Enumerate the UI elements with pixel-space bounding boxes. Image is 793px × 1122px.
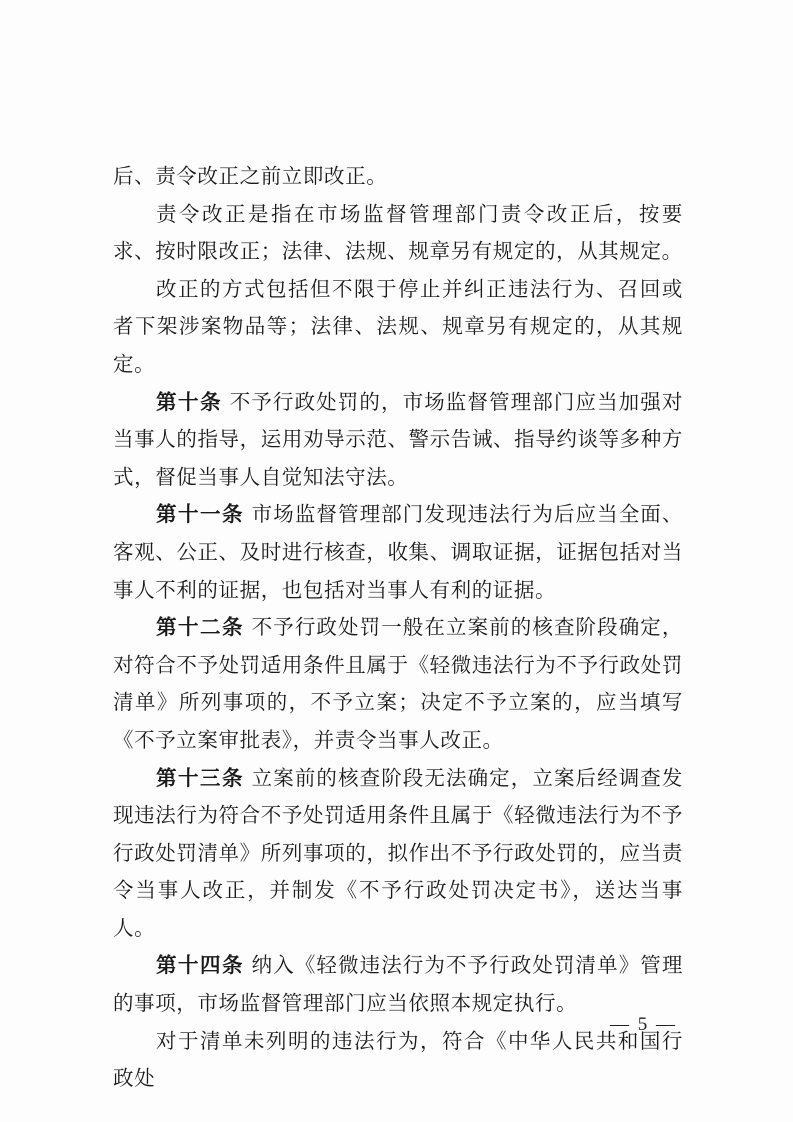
- article-10: 第十条 不予行政处罚的，市场监督管理部门应当加强对当事人的指导，运用劝导示范、警…: [113, 384, 683, 497]
- paragraph-text: 后、责令改正之前立即改正。: [113, 164, 387, 188]
- article-14: 第十四条 纳入《轻微违法行为不予行政处罚清单》管理的事项，市场监督管理部门应当依…: [113, 947, 683, 1022]
- article-heading: 第十一条: [156, 502, 244, 526]
- article-heading: 第十条: [156, 390, 222, 414]
- paragraph-text: 改正的方式包括但不限于停止并纠正违法行为、召回或者下架涉案物品等；法律、法规、规…: [113, 277, 683, 376]
- article-heading: 第十四条: [156, 953, 244, 977]
- paragraph-correction-definition: 责令改正是指在市场监督管理部门责令改正后，按要求、按时限改正；法律、法规、规章另…: [113, 196, 683, 271]
- paragraph-text: 责令改正是指在市场监督管理部门责令改正后，按要求、按时限改正；法律、法规、规章另…: [113, 202, 683, 264]
- paragraph-continuation: 后、责令改正之前立即改正。: [113, 158, 683, 196]
- paragraph-text: 对于清单未列明的违法行为，符合《中华人民共和国行政处: [113, 1029, 683, 1091]
- page-number: — 5 —: [610, 1014, 677, 1036]
- article-11: 第十一条 市场监督管理部门发现违法行为后应当全面、客观、公正、及时进行核查，收集…: [113, 496, 683, 609]
- article-13: 第十三条 立案前的核查阶段无法确定，立案后经调查发现违法行为符合不予处罚适用条件…: [113, 760, 683, 948]
- paragraph-unlisted-violations: 对于清单未列明的违法行为，符合《中华人民共和国行政处: [113, 1023, 683, 1098]
- article-heading: 第十二条: [156, 615, 244, 639]
- document-page: 后、责令改正之前立即改正。 责令改正是指在市场监督管理部门责令改正后，按要求、按…: [0, 0, 793, 1122]
- paragraph-correction-methods: 改正的方式包括但不限于停止并纠正违法行为、召回或者下架涉案物品等；法律、法规、规…: [113, 271, 683, 384]
- document-body: 后、责令改正之前立即改正。 责令改正是指在市场监督管理部门责令改正后，按要求、按…: [113, 158, 683, 1098]
- paragraph-text: 立案前的核查阶段无法确定，立案后经调查发现违法行为符合不予处罚适用条件且属于《轻…: [113, 766, 683, 940]
- article-12: 第十二条 不予行政处罚一般在立案前的核查阶段确定，对符合不予处罚适用条件且属于《…: [113, 609, 683, 759]
- article-heading: 第十三条: [156, 766, 244, 790]
